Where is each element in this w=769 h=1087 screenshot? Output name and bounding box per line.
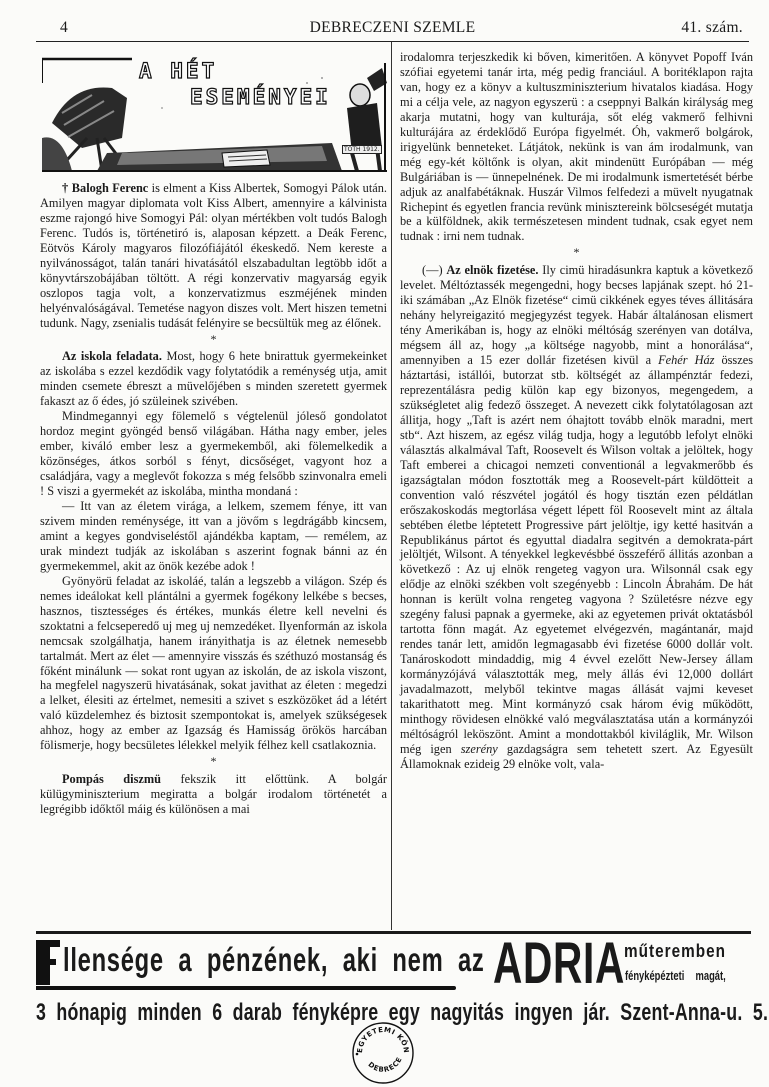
advertisement-headline: llenségе a pénzének, aki nem az ADRIA mű… (36, 938, 751, 990)
president-article-paragraph: (—) Az elnök fizetése. Ily cimü hiradásu… (400, 263, 753, 771)
library-stamp: EGYETEMI KÖNYVTÁR DEBRECEN (350, 1020, 416, 1086)
president-article-prefix: (—) (422, 263, 446, 277)
bulgarian-article-continued: irodalomra terjeszkedik ki bőven, kimeri… (400, 50, 753, 244)
page-header: 4 DEBRECZENI SZEMLE 41. szám. (36, 17, 749, 42)
section-separator: * (40, 754, 387, 769)
school-article-p3: — Itt van az életem virága, a lelkem, sz… (40, 499, 387, 574)
section-separator: * (400, 245, 753, 260)
school-article-p4: Gyönyörü feladat az iskoláé, talán a leg… (40, 574, 387, 753)
slogan-underline (36, 986, 456, 990)
obituary-lead: † Balogh Ferenc (62, 181, 148, 195)
bulgarian-article-paragraph: Pompás diszmü fekszik itt előttünk. A bo… (40, 772, 387, 817)
banner-title-line1: A HÉT (139, 64, 217, 79)
decorative-initial-e (36, 940, 50, 985)
president-article-body-b: összes háztartási, istállói, butorzat st… (400, 353, 753, 756)
advertisement-studio-line2: fényképézteti magát, (625, 968, 726, 983)
section-separator: * (40, 332, 387, 347)
column-divider (391, 42, 392, 930)
artist-signature: TÓTH 1912. (342, 145, 382, 154)
obituary-body: is elment a Kiss Albertek, Somogyi Pálok… (40, 181, 387, 330)
left-column: A HÉT ESEMÉNYEI TÓTH 1912. † Balogh Fere… (40, 50, 387, 817)
advertisement-slogan: llenségе a pénzének, aki nem az (63, 941, 484, 979)
president-article-italic-white-house: Fehér Ház (658, 353, 714, 367)
school-article-p2: Mindmegannyi egy fölemelő s végtelenül j… (40, 409, 387, 499)
svg-text:EGYETEMI KÖNYVTÁR: EGYETEMI KÖNYVTÁR (350, 1020, 410, 1054)
stamp-bottom-text: DEBRECEN (350, 1020, 404, 1074)
adria-photo-studio-advertisement: llenségе a pénzének, aki nem az ADRIA mű… (36, 938, 751, 1018)
right-column: irodalomra terjeszkedik ki bőven, kimeri… (400, 50, 753, 772)
president-article-body-a: Ily cimü hiradásunkra kaptuk a következő… (400, 263, 753, 367)
publication-title: DEBRECZENI SZEMLE (36, 19, 749, 37)
school-article-p1: Az iskola feladata. Most, hogy 6 hete bn… (40, 349, 387, 409)
section-banner-illustration: A HÉT ESEMÉNYEI TÓTH 1912. (42, 53, 387, 173)
obituary-paragraph: † Balogh Ferenc is elment a Kiss Alberte… (40, 181, 387, 331)
banner-title-line2: ESEMÉNYEI (190, 90, 331, 105)
issue-number: 41. szám. (681, 19, 743, 37)
president-article-lead: Az elnök fizetése. (446, 263, 538, 277)
president-article-italic-modest: szerény (461, 742, 498, 756)
advertisement-brand: ADRIA (493, 938, 625, 990)
library-stamp-icon: EGYETEMI KÖNYVTÁR DEBRECEN (350, 1020, 416, 1086)
school-article-lead: Az iskola feladata. (62, 349, 162, 363)
advertisement-top-rule (36, 931, 751, 934)
svg-text:DEBRECEN: DEBRECEN (350, 1020, 404, 1074)
advertisement-studio-line1: műteremben (624, 941, 726, 962)
bulgarian-article-lead: Pompás diszmü (62, 772, 161, 786)
stamp-top-text: EGYETEMI KÖNYVTÁR (350, 1020, 410, 1054)
